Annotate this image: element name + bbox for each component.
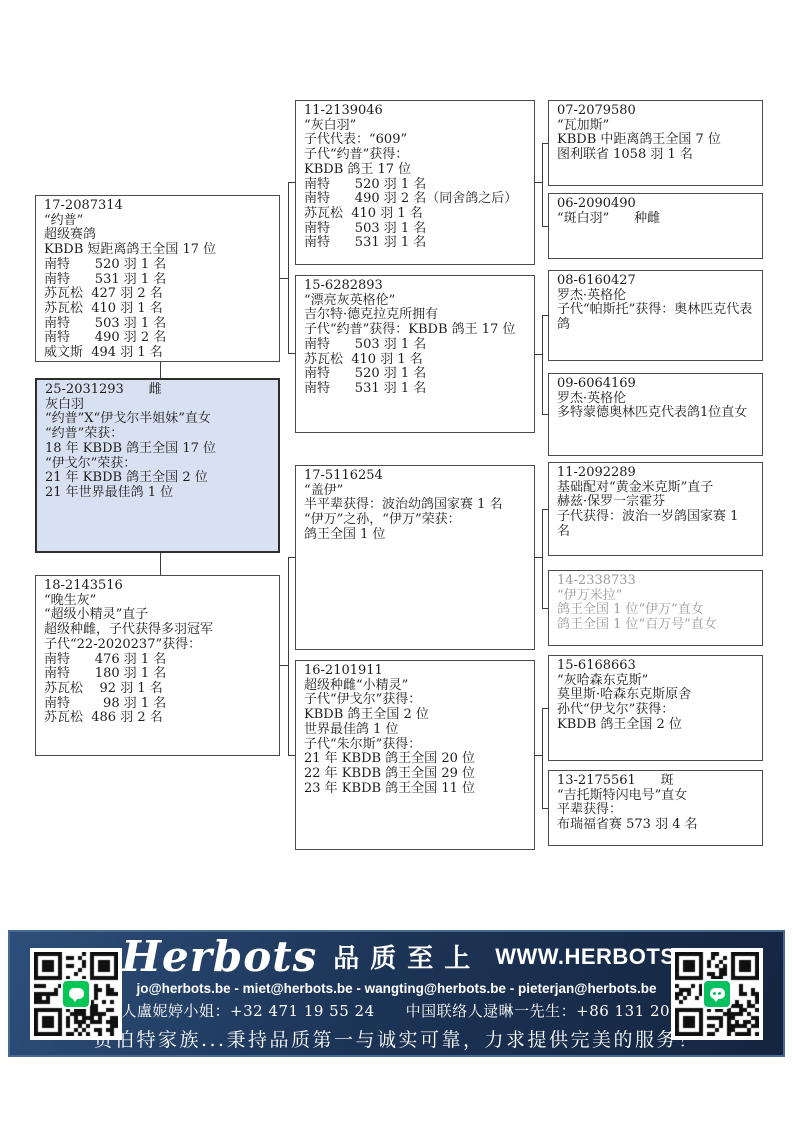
box-line: 09-6064169 xyxy=(557,377,754,392)
wechat-qr-code xyxy=(671,948,763,1040)
pedigree-box-08-6160427: 08-6160427罗杰·英格伦子代“帕斯托”获得：奥林匹克代表鸽 xyxy=(548,270,763,361)
box-line: 南特 180 羽 1 名 xyxy=(44,667,271,682)
box-line: “约普”荣获： xyxy=(45,427,270,442)
box-line: 子代“伊戈尔”获得： xyxy=(304,693,526,708)
box-line: 南特 503 羽 1 名 xyxy=(304,338,526,353)
box-line: 多特蒙德奥林匹克代表鸽1位直女 xyxy=(557,406,754,421)
box-line: 子代获得：波治一岁鸽国家赛 1 名 xyxy=(557,510,754,539)
connector-line xyxy=(542,708,548,709)
connector-line xyxy=(288,755,295,756)
wechat-icon xyxy=(702,979,732,1009)
connector-line xyxy=(288,353,295,354)
box-line: 威文斯 494 羽 1 名 xyxy=(44,346,271,361)
box-line: 25-2031293 雌 xyxy=(45,383,270,398)
box-line: 半平辈获得：波治幼鸽国家赛 1 名 xyxy=(304,498,526,513)
box-line: 16-2101911 xyxy=(304,664,526,679)
box-line: 06-2090490 xyxy=(557,197,754,212)
box-line: 子代“朱尔斯”获得： xyxy=(304,738,526,753)
box-line: 21 年 KBDB 鸽王全国 20 位 xyxy=(304,752,526,767)
connector-line xyxy=(542,143,543,227)
box-line: 孙代“伊戈尔”获得： xyxy=(557,703,754,718)
connector-line xyxy=(542,708,543,809)
box-line: 13-2175561 斑 xyxy=(557,774,754,789)
connector-line xyxy=(288,557,295,558)
box-line: 17-5116254 xyxy=(304,469,526,484)
box-line: 鸽王全国 1 位“伊万”直女 xyxy=(557,603,754,618)
connector-line xyxy=(542,509,548,510)
connector-line xyxy=(542,143,548,144)
box-line: 世界最佳鸽 1 位 xyxy=(304,723,526,738)
box-line: 苏瓦松 410 羽 1 名 xyxy=(304,207,526,222)
box-line: 15-6282893 xyxy=(304,279,526,294)
box-line: “约普”X“伊戈尔半姐妹”直女 xyxy=(45,412,270,427)
pedigree-box-subject-25-2031293: 25-2031293 雌灰白羽“约普”X“伊戈尔半姐妹”直女“约普”荣获：18 … xyxy=(35,378,280,553)
box-line: 苏瓦松 92 羽 1 名 xyxy=(44,682,271,697)
box-line: 子代“约普”获得：KBDB 鸽王 17 位 xyxy=(304,323,526,338)
footer-banner: Herbots 品质至上 WWW.HERBOTS.BE jo@herbots.b… xyxy=(8,930,785,1057)
box-line: 21 年世界最佳鸽 1 位 xyxy=(45,486,270,501)
box-line: 南特 476 羽 1 名 xyxy=(44,653,271,668)
box-line: 南特 490 羽 2 名（同舍鸽之后） xyxy=(304,192,526,207)
connector-line xyxy=(288,182,295,183)
box-line: 21 年 KBDB 鸽王全国 2 位 xyxy=(45,471,270,486)
connector-line xyxy=(535,755,542,756)
pedigree-box-17-2087314: 17-2087314“约普”超级赛鸽KBDB 短距离鸽王全国 17 位南特 52… xyxy=(35,195,280,362)
box-line: 23 年 KBDB 鸽王全国 11 位 xyxy=(304,782,526,797)
box-line: 南特 520 羽 1 名 xyxy=(304,178,526,193)
connector-line xyxy=(535,557,542,558)
box-line: 07-2079580 xyxy=(557,104,754,119)
box-line: 子代“22-2020237”获得： xyxy=(44,638,271,653)
box-line: 子代“约普”获得： xyxy=(304,148,526,163)
brand-row: Herbots 品质至上 WWW.HERBOTS.BE xyxy=(79,936,713,978)
box-line: “斑白羽” 种雌 xyxy=(557,212,754,227)
connector-line xyxy=(542,226,548,227)
box-line: 子代代表：“609” xyxy=(304,133,526,148)
box-line: 鸽王全国 1 位 xyxy=(304,528,526,543)
box-line: 08-6160427 xyxy=(557,274,754,289)
pedigree-box-15-6282893: 15-6282893“漂亮灰英格伦”吉尔特·德克拉克所拥有子代“约普”获得：KB… xyxy=(295,275,535,433)
brand-tagline: 品质至上 xyxy=(333,938,481,975)
pedigree-box-14-2338733: 14-2338733“伊万米拉”鸽王全国 1 位“伊万”直女鸽王全国 1 位“百… xyxy=(548,570,763,646)
connector-line xyxy=(535,182,542,183)
box-line: KBDB 短距离鸽王全国 17 位 xyxy=(44,243,271,258)
box-line: 22 年 KBDB 鸽王全国 29 位 xyxy=(304,767,526,782)
line-icon xyxy=(61,979,91,1009)
box-line: 子代“帕斯托”获得：奥林匹克代表鸽 xyxy=(557,303,754,332)
box-line: 苏瓦松 410 羽 1 名 xyxy=(44,302,271,317)
pedigree-box-18-2143516: 18-2143516“晚生灰”“超级小精灵”直子超级种雌，子代获得多羽冠军子代“… xyxy=(35,575,280,756)
box-line: KBDB 鸽王全国 2 位 xyxy=(304,708,526,723)
box-line: 超级种雌，子代获得多羽冠军 xyxy=(44,623,271,638)
box-line: 14-2338733 xyxy=(557,574,754,589)
box-line: “灰白羽” xyxy=(304,119,526,134)
box-line: KBDB 中距离鸽王全国 7 位 xyxy=(557,133,754,148)
box-line: “超级小精灵”直子 xyxy=(44,608,271,623)
box-line: 11-2139046 xyxy=(304,104,526,119)
box-line: 图利联省 1058 羽 1 名 xyxy=(557,148,754,163)
connector-line xyxy=(160,362,161,378)
email-links[interactable]: jo@herbots.be - miet@herbots.be - wangti… xyxy=(137,981,657,996)
pedigree-box-17-5116254: 17-5116254“盖伊”半平辈获得：波治幼鸽国家赛 1 名“伊万”之孙，“伊… xyxy=(295,465,535,650)
connector-line xyxy=(542,608,548,609)
box-line: “伊戈尔”荣获： xyxy=(45,457,270,472)
brand-logo: Herbots xyxy=(121,936,317,978)
line-qr-code xyxy=(30,948,122,1040)
box-line: 苏瓦松 410 羽 1 名 xyxy=(304,353,526,368)
contact-phone-line: 台灣聯絡人盧妮婷小姐：+32 471 19 55 24 中国联络人逯晽一先生：+… xyxy=(60,1000,734,1021)
box-line: 11-2092289 xyxy=(557,466,754,481)
box-line: 苏瓦松 427 羽 2 名 xyxy=(44,287,271,302)
box-line: 15-6168663 xyxy=(557,659,754,674)
connector-line xyxy=(160,553,161,575)
pedigree-box-15-6168663: 15-6168663“灰哈森东克斯”莫里斯·哈森东克斯原舍孙代“伊戈尔”获得：K… xyxy=(548,655,763,761)
footer-slogan: 贺伯特家族...秉持品质第一与诚实可靠，力求提供完美的服务！ xyxy=(93,1025,699,1052)
box-line: “伊万”之孙，“伊万”荣获： xyxy=(304,513,526,528)
box-line: 鸽王全国 1 位“百万号”直女 xyxy=(557,618,754,633)
box-line: 南特 531 羽 1 名 xyxy=(44,273,271,288)
box-line: 17-2087314 xyxy=(44,199,271,214)
connector-line xyxy=(288,557,289,756)
pedigree-box-09-6064169: 09-6064169罗杰·英格伦多特蒙德奥林匹克代表鸽1位直女 xyxy=(548,373,763,456)
box-line: 18 年 KBDB 鸽王全国 17 位 xyxy=(45,442,270,457)
box-line: 布瑞福省赛 573 羽 4 名 xyxy=(557,818,754,833)
connector-line xyxy=(542,808,548,809)
connector-line xyxy=(542,315,543,415)
pedigree-box-13-2175561: 13-2175561 斑“吉托斯特闪电号”直女平辈获得：布瑞福省赛 573 羽 … xyxy=(548,770,763,846)
connector-line xyxy=(542,315,548,316)
box-line: KBDB 鸽王全国 2 位 xyxy=(557,718,754,733)
box-line: 平辈获得： xyxy=(557,803,754,818)
connector-line xyxy=(542,414,548,415)
pedigree-box-16-2101911: 16-2101911超级种雌“小精灵”子代“伊戈尔”获得：KBDB 鸽王全国 2… xyxy=(295,660,535,850)
connector-line xyxy=(542,509,543,609)
pedigree-page: { "pedigree": { "boxes": [ { "lines": ["… xyxy=(0,0,793,1122)
box-line: 南特 531 羽 1 名 xyxy=(304,236,526,251)
box-line: KBDB 鸽王 17 位 xyxy=(304,163,526,178)
footer-center: Herbots 品质至上 WWW.HERBOTS.BE jo@herbots.b… xyxy=(122,936,671,1052)
box-line: 苏瓦松 486 羽 2 名 xyxy=(44,711,271,726)
box-line: 莫里斯·哈森东克斯原舍 xyxy=(557,688,754,703)
pedigree-box-11-2092289: 11-2092289基础配对“黄金米克斯”直子赫兹·保罗一宗霍芬子代获得：波治一… xyxy=(548,462,763,556)
pedigree-box-07-2079580: 07-2079580“瓦加斯”KBDB 中距离鸽王全国 7 位图利联省 1058… xyxy=(548,100,763,186)
box-line: 超级赛鸽 xyxy=(44,228,271,243)
box-line: 赫兹·保罗一宗霍芬 xyxy=(557,495,754,510)
pedigree-box-11-2139046: 11-2139046“灰白羽”子代代表：“609”子代“约普”获得：KBDB 鸽… xyxy=(295,100,535,265)
box-line: 吉尔特·德克拉克所拥有 xyxy=(304,308,526,323)
connector-line xyxy=(288,182,289,354)
box-line: 南特 531 羽 1 名 xyxy=(304,382,526,397)
box-line: 18-2143516 xyxy=(44,579,271,594)
pedigree-box-06-2090490: 06-2090490“斑白羽” 种雌 xyxy=(548,193,763,259)
connector-line xyxy=(535,354,542,355)
box-line: 南特 520 羽 1 名 xyxy=(44,258,271,273)
box-line: 南特 490 羽 2 名 xyxy=(44,331,271,346)
box-line: 南特 520 羽 1 名 xyxy=(304,367,526,382)
